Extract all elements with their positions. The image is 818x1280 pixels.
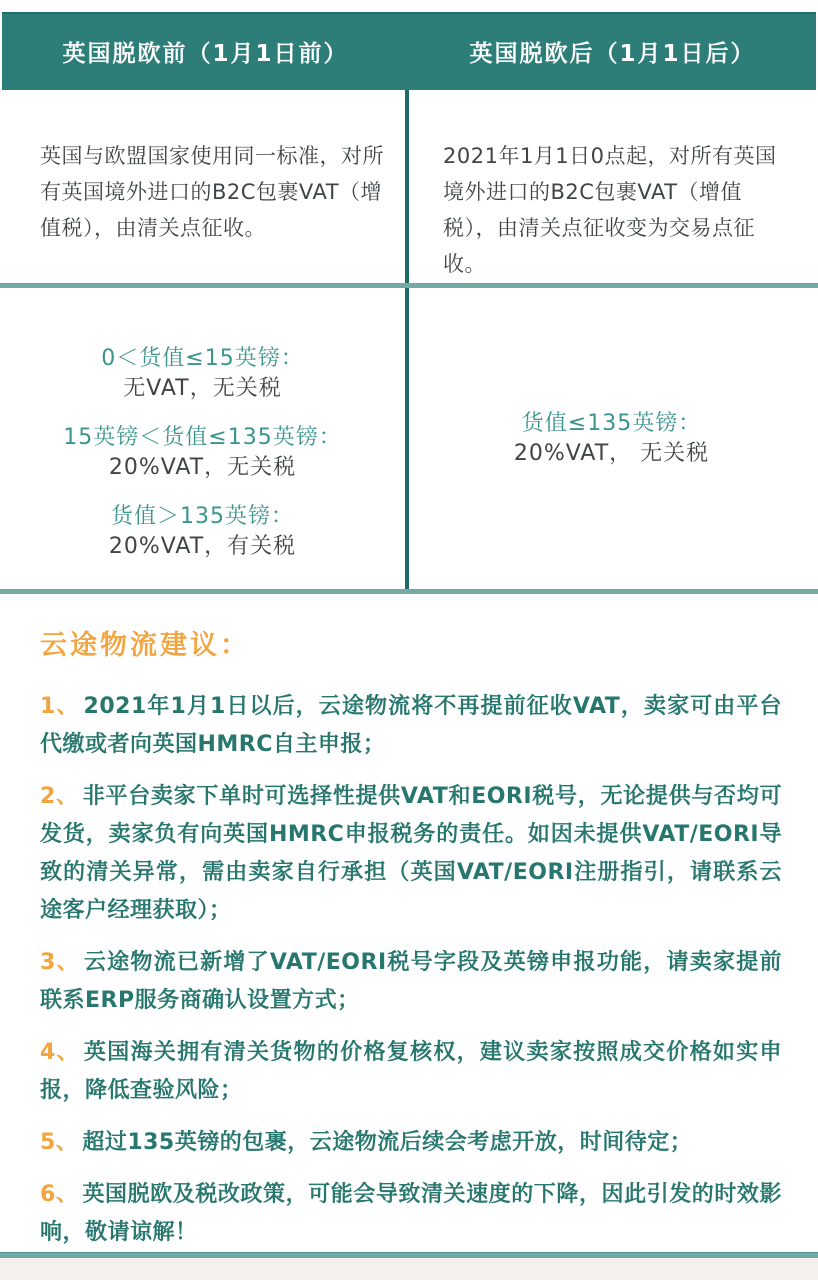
header-before-brexit: 英国脱欧前（1月1日前） bbox=[2, 12, 409, 90]
advice-item-number: 2、 bbox=[40, 784, 79, 809]
table-header-bar: 英国脱欧前（1月1日前） 英国脱欧后（1月1日后） bbox=[2, 12, 816, 90]
footer-strip bbox=[0, 1258, 818, 1280]
advice-item-number: 4、 bbox=[40, 1040, 80, 1065]
tier-rule-label: 20%VAT，无关税 bbox=[0, 453, 405, 483]
brexit-vat-notice-page: 英国脱欧前（1月1日前） 英国脱欧后（1月1日后） 英国与欧盟国家使用同一标准，… bbox=[0, 0, 818, 1280]
tier-range-label: 货值≤135英镑： bbox=[409, 409, 814, 439]
tier-range-label: 15英镑＜货值≤135英镑： bbox=[0, 423, 405, 453]
advice-item-number: 1、 bbox=[40, 694, 80, 719]
tier-under-15: 0＜货值≤15英镑： 无VAT，无关税 bbox=[0, 344, 405, 404]
advice-item-number: 6、 bbox=[40, 1182, 78, 1207]
tier-rule-label: 20%VAT， 无关税 bbox=[409, 439, 814, 469]
advice-title: 云途物流建议： bbox=[40, 630, 782, 662]
advice-item-6: 6、英国脱欧及税改政策，可能会导致清关速度的下降，因此引发的时效影响，敬请谅解！ bbox=[40, 1176, 782, 1252]
advice-item-5: 5、超过135英镑的包裹，云途物流后续会考虑开放，时间待定； bbox=[40, 1124, 782, 1162]
advice-item-3: 3、云途物流已新增了VAT/EORI税号字段及英镑申报功能，请卖家提前联系ERP… bbox=[40, 944, 782, 1020]
advice-item-number: 3、 bbox=[40, 950, 80, 975]
advice-item-1: 1、2021年1月1日以后，云途物流将不再提前征收VAT，卖家可由平台代缴或者向… bbox=[40, 688, 782, 764]
advice-item-text: 英国海关拥有清关货物的价格复核权，建议卖家按照成交价格如实申报，降低查验风险； bbox=[40, 1040, 782, 1103]
tier-range-label: 0＜货值≤15英镑： bbox=[0, 344, 405, 374]
advice-section: 云途物流建议： 1、2021年1月1日以后，云途物流将不再提前征收VAT，卖家可… bbox=[40, 630, 782, 1266]
tier-rule-label: 无VAT，无关税 bbox=[0, 374, 405, 404]
tier-up-to-135: 货值≤135英镑： 20%VAT， 无关税 bbox=[409, 409, 814, 469]
tier-over-135: 货值＞135英镑： 20%VAT，有关税 bbox=[0, 502, 405, 562]
advice-item-2: 2、非平台卖家下单时可选择性提供VAT和EORI税号，无论提供与否均可发货，卖家… bbox=[40, 778, 782, 930]
after-brexit-description: 2021年1月1日0点起，对所有英国境外进口的B2C包裹VAT（增值税），由清关… bbox=[443, 138, 795, 282]
after-brexit-tiers: 货值≤135英镑： 20%VAT， 无关税 bbox=[409, 288, 814, 589]
advice-item-text: 云途物流已新增了VAT/EORI税号字段及英镑申报功能，请卖家提前联系ERP服务… bbox=[40, 950, 782, 1013]
before-brexit-tiers: 0＜货值≤15英镑： 无VAT，无关税 15英镑＜货值≤135英镑： 20%VA… bbox=[0, 288, 405, 603]
header-after-brexit: 英国脱欧后（1月1日后） bbox=[409, 12, 816, 90]
advice-item-text: 非平台卖家下单时可选择性提供VAT和EORI税号，无论提供与否均可发货，卖家负有… bbox=[40, 784, 782, 923]
advice-item-number: 5、 bbox=[40, 1130, 78, 1155]
tier-rule-label: 20%VAT，有关税 bbox=[0, 532, 405, 562]
before-brexit-description: 英国与欧盟国家使用同一标准，对所有英国境外进口的B2C包裹VAT（增值税），由清… bbox=[40, 138, 388, 246]
advice-item-text: 英国脱欧及税改政策，可能会导致清关速度的下降，因此引发的时效影响，敬请谅解！ bbox=[40, 1182, 782, 1245]
tier-15-to-135: 15英镑＜货值≤135英镑： 20%VAT，无关税 bbox=[0, 423, 405, 483]
advice-item-text: 超过135英镑的包裹，云途物流后续会考虑开放，时间待定； bbox=[82, 1130, 692, 1155]
tier-range-label: 货值＞135英镑： bbox=[0, 502, 405, 532]
advice-item-4: 4、英国海关拥有清关货物的价格复核权，建议卖家按照成交价格如实申报，降低查验风险… bbox=[40, 1034, 782, 1110]
advice-item-text: 2021年1月1日以后，云途物流将不再提前征收VAT，卖家可由平台代缴或者向英国… bbox=[40, 694, 782, 757]
